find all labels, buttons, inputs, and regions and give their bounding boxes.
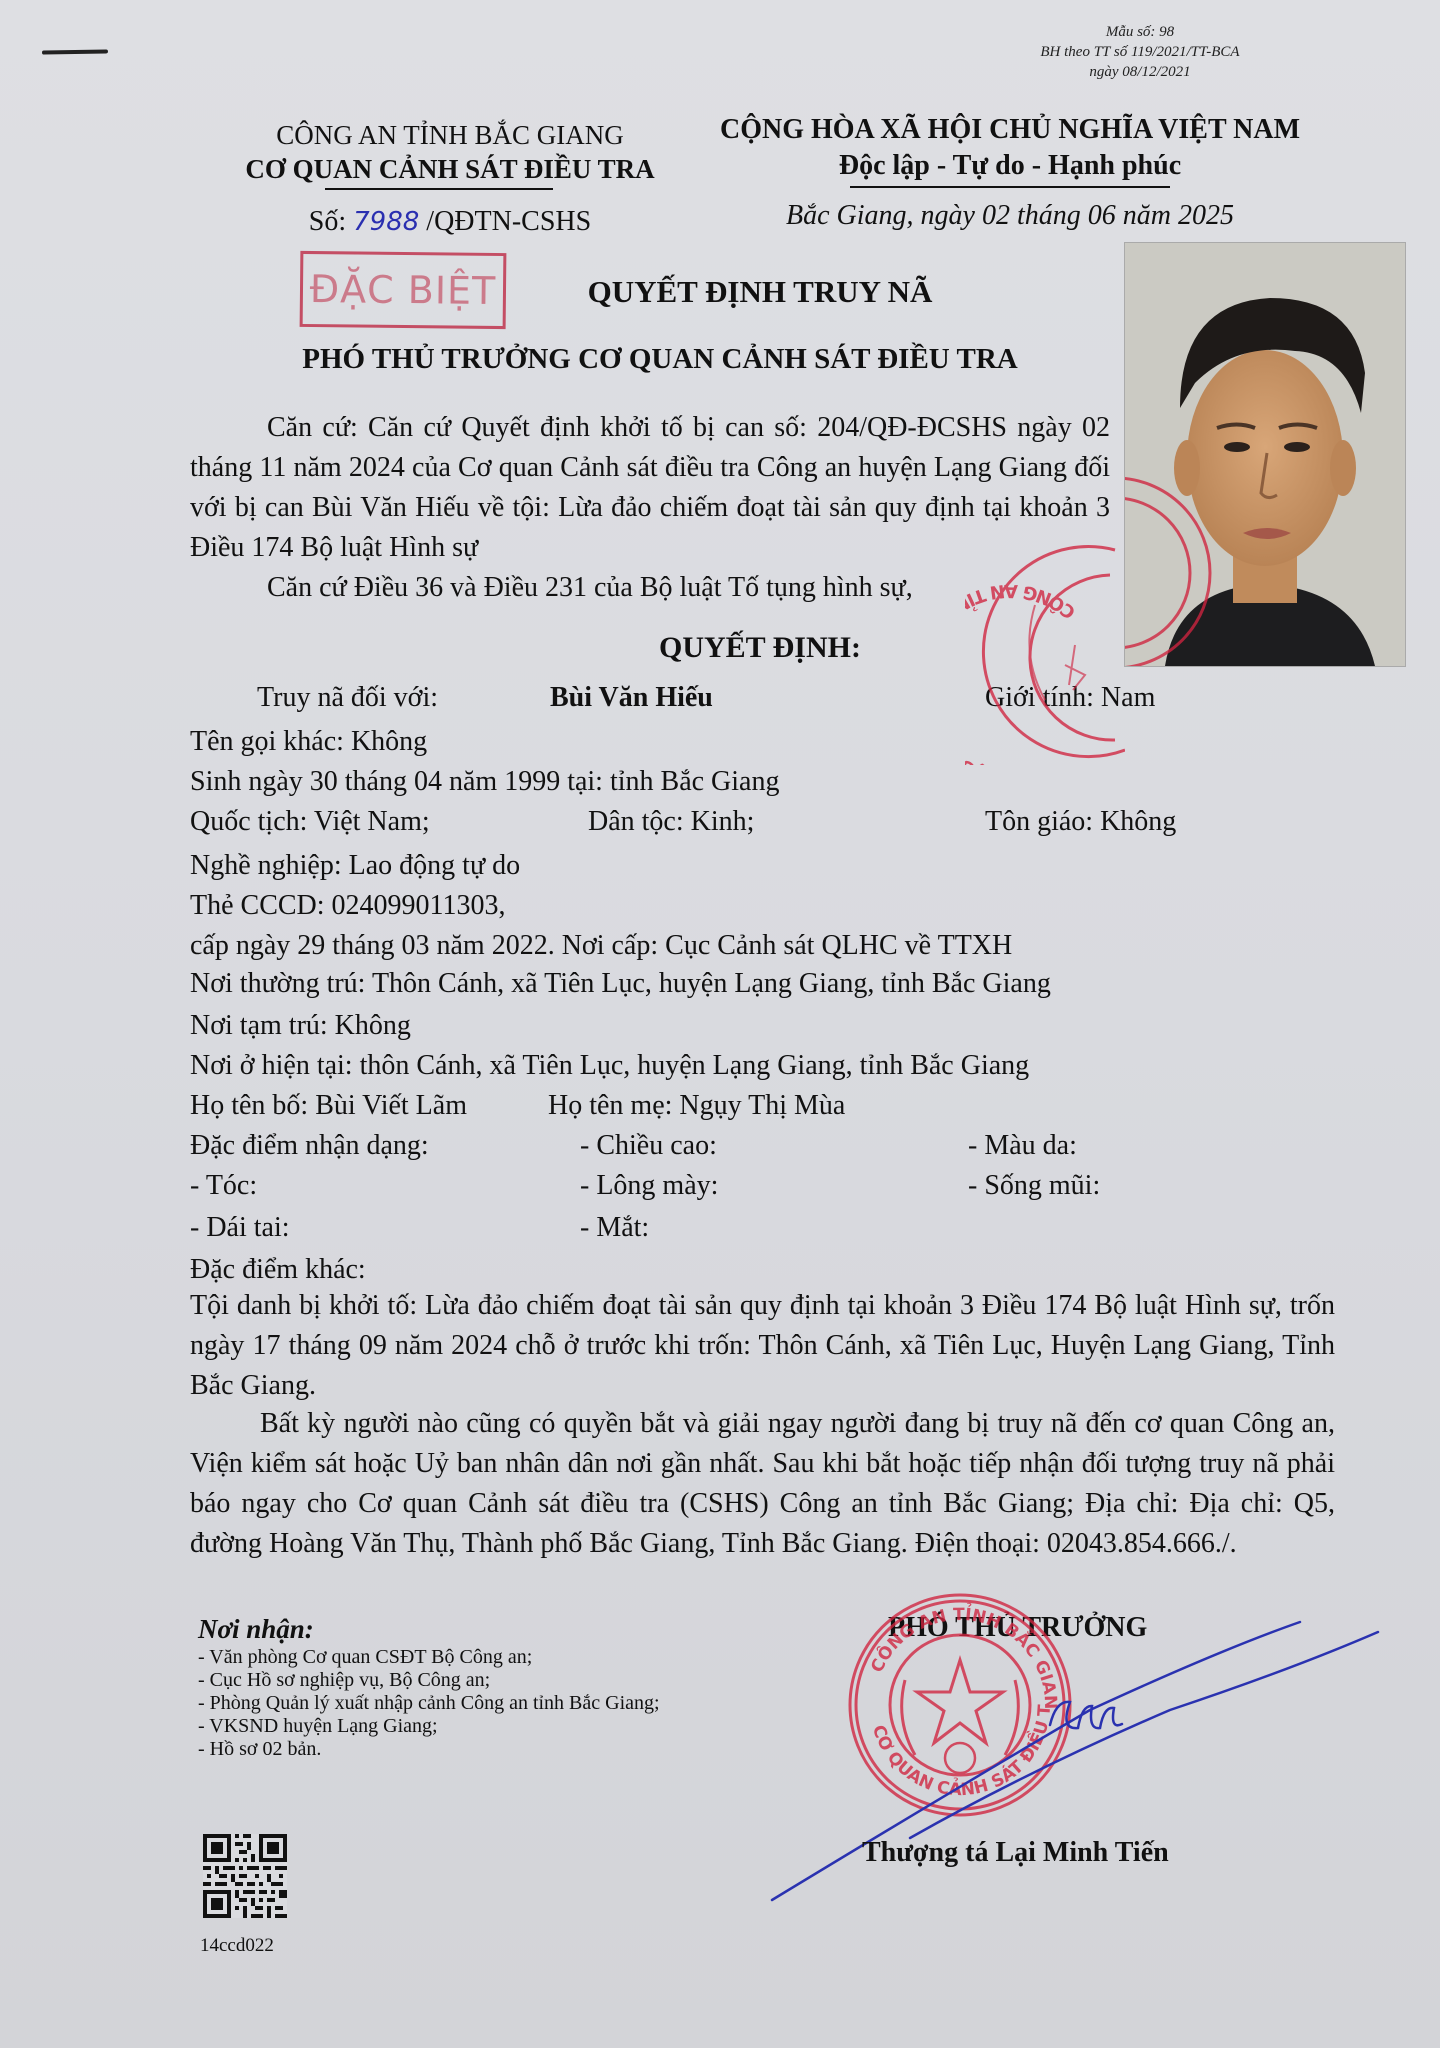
place-and-date: Bắc Giang, ngày 02 tháng 06 năm 2025 [690, 198, 1330, 234]
legal-basis-paragraph-1: Căn cứ: Căn cứ Quyết định khởi tố bị can… [190, 408, 1110, 568]
form-issued-by: BH theo TT số 119/2021/TT-BCA [1020, 42, 1260, 62]
issuing-agency-header: CÔNG AN TỈNH BẮC GIANG CƠ QUAN CẢNH SÁT … [200, 118, 700, 240]
signatory-name: Thượng tá Lại Minh Tiến [862, 1835, 1169, 1871]
suspect-gender: Giới tính: Nam [985, 678, 1155, 718]
qr-code [203, 1833, 287, 1919]
recipient-item: - Cục Hồ sơ nghiệp vụ, Bộ Công an; [198, 1669, 718, 1692]
suspect-nationality: Quốc tịch: Việt Nam; [190, 802, 430, 842]
recipient-item: - Văn phòng Cơ quan CSĐT Bộ Công an; [198, 1646, 718, 1669]
legal-basis-paragraph-2: Căn cứ Điều 36 và Điều 231 của Bộ luật T… [190, 568, 1110, 608]
document-title: QUYẾT ĐỊNH TRUY NÃ [540, 272, 980, 312]
feature-nose: - Sống mũi: [968, 1166, 1100, 1206]
department-name: CƠ QUAN CẢNH SÁT ĐIỀU TRA [200, 152, 700, 186]
qr-code-icon [203, 1833, 287, 1919]
recipient-item: - VKSND huyện Lạng Giang; [198, 1715, 718, 1738]
signatory-title: PHÓ THỦ TRƯỞNG [888, 1610, 1147, 1646]
feature-skin: - Màu da: [968, 1126, 1077, 1166]
document-number-label: Số: [309, 206, 346, 237]
recipients-heading: Nơi nhận: [198, 1612, 718, 1646]
suspect-current-residence: Nơi ở hiện tại: thôn Cánh, xã Tiên Lục, … [190, 1046, 1029, 1086]
agency-name: CÔNG AN TỈNH BẮC GIANG [200, 118, 700, 152]
form-number: Mẫu số: 98 [1020, 22, 1260, 42]
handwritten-dash-mark [42, 49, 108, 54]
arrest-instruction-paragraph: Bất kỳ người nào cũng có quyền bắt và gi… [190, 1404, 1335, 1564]
suspect-permanent-residence: Nơi thường trú: Thôn Cánh, xã Tiên Lục, … [190, 964, 1051, 1004]
feature-hair: - Tóc: [190, 1166, 257, 1206]
feature-eyes: - Mắt: [580, 1208, 649, 1248]
wanted-label: Truy nã đối với: [257, 678, 438, 718]
motto-underline [850, 186, 1170, 188]
document-number-suffix: /QĐTN-CSHS [426, 206, 591, 237]
special-priority-stamp: ĐẶC BIỆT [300, 251, 507, 329]
nation-name: CỘNG HÒA XÃ HỘI CHỦ NGHĨA VIỆT NAM [690, 112, 1330, 148]
suspect-name: Bùi Văn Hiếu [550, 678, 713, 718]
suspect-birth: Sinh ngày 30 tháng 04 năm 1999 tại: tỉnh… [190, 762, 779, 802]
document-subtitle: PHÓ THỦ TRƯỞNG CƠ QUAN CẢNH SÁT ĐIỀU TRA [200, 340, 1120, 378]
national-header: CỘNG HÒA XÃ HỘI CHỦ NGHĨA VIỆT NAM Độc l… [690, 112, 1330, 234]
suspect-ethnicity: Dân tộc: Kinh; [588, 802, 754, 842]
identification-label: Đặc điểm nhận dạng: [190, 1126, 429, 1166]
suspect-occupation: Nghề nghiệp: Lao động tự do [190, 846, 520, 886]
feature-other: Đặc điểm khác: [190, 1250, 366, 1290]
header-underline [325, 188, 553, 190]
recipient-item: - Hồ sơ 02 bản. [198, 1738, 718, 1761]
suspect-mother: Họ tên mẹ: Ngụy Thị Mùa [548, 1086, 845, 1126]
charge-text: Tội danh bị khởi tố: Lừa đảo chiếm đoạt … [190, 1286, 1335, 1406]
national-motto: Độc lập - Tự do - Hạnh phúc [690, 148, 1330, 184]
document-number-handwritten: 7988 [353, 207, 419, 237]
qr-code-label: 14ccd022 [200, 1935, 274, 1957]
decision-heading: QUYẾT ĐỊNH: [560, 628, 960, 668]
feature-earlobe: - Dái tai: [190, 1208, 290, 1248]
suspect-temporary-residence: Nơi tạm trú: Không [190, 1006, 411, 1046]
recipients-block: Nơi nhận: - Văn phòng Cơ quan CSĐT Bộ Cô… [198, 1612, 718, 1761]
feature-eyebrows: - Lông mày: [580, 1166, 718, 1206]
feature-height: - Chiều cao: [580, 1126, 717, 1166]
legal-basis: Căn cứ: Căn cứ Quyết định khởi tố bị can… [190, 408, 1110, 608]
recipient-item: - Phòng Quản lý xuất nhập cảnh Công an t… [198, 1692, 718, 1715]
portrait-icon [1125, 243, 1405, 666]
form-date: ngày 08/12/2021 [1020, 62, 1260, 82]
suspect-photo [1124, 242, 1406, 667]
form-reference: Mẫu số: 98 BH theo TT số 119/2021/TT-BCA… [1020, 22, 1260, 82]
suspect-father: Họ tên bố: Bùi Viết Lãm [190, 1086, 467, 1126]
suspect-id-card: Thẻ CCCD: 024099011303, [190, 886, 506, 926]
charge-paragraph: Tội danh bị khởi tố: Lừa đảo chiếm đoạt … [190, 1286, 1335, 1406]
document-number: Số: 7988 /QĐTN-CSHS [200, 204, 700, 240]
suspect-id-issued: cấp ngày 29 tháng 03 năm 2022. Nơi cấp: … [190, 926, 1012, 966]
suspect-alias: Tên gọi khác: Không [190, 722, 427, 762]
svg-text:CÔNG AN TỈNH BẮC GIANG: CÔNG AN TỈNH BẮC GIANG [845, 1590, 1060, 1710]
suspect-religion: Tôn giáo: Không [985, 802, 1176, 842]
arrest-instruction: Bất kỳ người nào cũng có quyền bắt và gi… [190, 1404, 1335, 1564]
